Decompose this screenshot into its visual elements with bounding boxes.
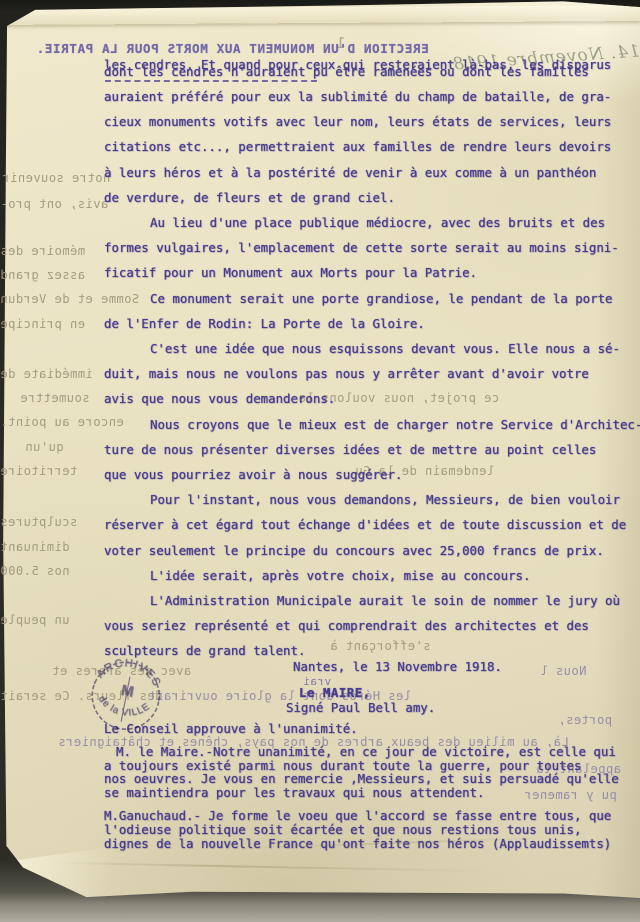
letter-paragraph: Ce monument serait une porte grandiose, … xyxy=(104,286,640,336)
letter-paragraph: C'est une idée que nous esquissons devan… xyxy=(104,336,640,412)
typed-ink-layer: les cendres. Et quand pour ceux qui rest… xyxy=(0,0,640,922)
dashed-underline xyxy=(105,80,317,82)
letter-paragraph: Pour l'instant, nous vous demandons, Mes… xyxy=(104,487,640,563)
council-minutes: Le Conseil approuve à l'unanimité. M. le… xyxy=(104,722,640,859)
archive-stamp-icon: · ARCHIVES · de la VILLE M xyxy=(74,636,178,752)
letter-paragraph: Nous croyons que le mieux est de charger… xyxy=(104,412,640,488)
archive-stamp: · ARCHIVES · de la VILLE M xyxy=(74,636,178,752)
letter-paragraph: auraient préféré pour eux la sublimité d… xyxy=(104,84,640,210)
signature-place-date: Nantes, le 13 Novembre 1918. xyxy=(293,659,502,674)
mayor-remarks: M. le Maire.-Notre unanimité, en ce jour… xyxy=(104,745,640,800)
archive-scan: { "bleedthrough": { "reversed_title": "E… xyxy=(0,0,640,922)
letter-paragraph: L'Administration Municipale aurait le so… xyxy=(104,588,640,664)
signature-signed: Signé Paul Bell amy. xyxy=(286,700,435,715)
typed-overstrike-line-2: dont les cendres n'auraient pu être rame… xyxy=(104,64,589,79)
letter-paragraph: Au lieu d'une place publique médiocre, a… xyxy=(104,210,640,286)
letter-body: auraient préféré pour eux la sublimité d… xyxy=(104,84,640,664)
signature-title: Le MAIRE, xyxy=(299,685,371,700)
council-approval: Le Conseil approuve à l'unanimité. xyxy=(104,722,640,736)
letter-paragraph: L'idée serait, après votre choix, mise a… xyxy=(104,563,640,588)
ganuchaud-remarks: M.Ganuchaud.- Je forme le voeu que l'acc… xyxy=(104,809,640,850)
